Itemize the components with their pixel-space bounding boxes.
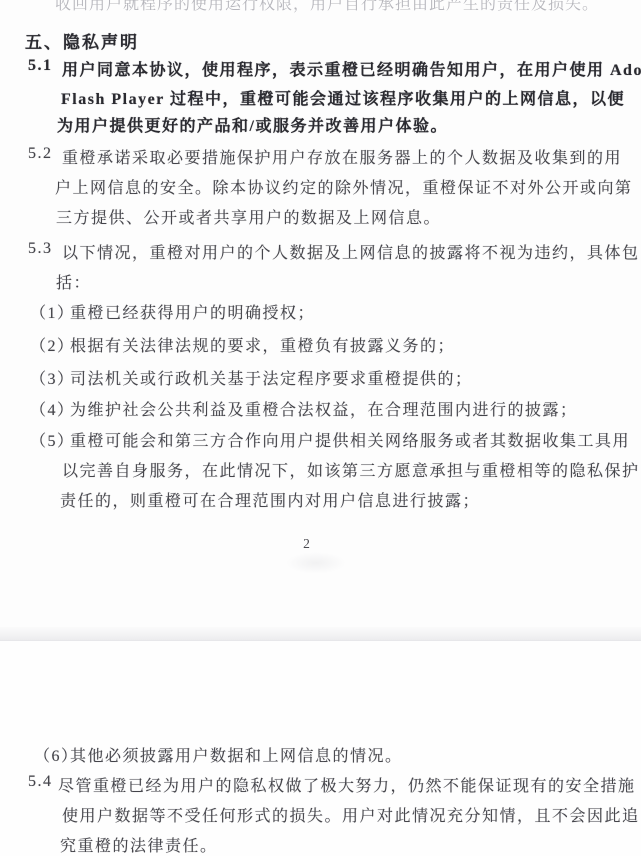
scanned-document-page: 收回用户就程序的使用运行权限，用户自行承担由此产生的责任及损失。 五、隐私声明 …	[0, 0, 641, 856]
line-text: 括：	[56, 270, 91, 293]
clause-number: 5.1	[28, 57, 53, 75]
line-text: 以下情况，重橙对用户的个人数据及上网信息的披露将不视为违约，具体包	[62, 240, 640, 263]
line-text: Flash Player 过程中，重橙可能会通过该程序收集用户的上网信息，以便	[61, 86, 625, 109]
scan-smudge	[286, 552, 346, 574]
line-text: 司法机关或行政机关基于法定程序要求重橙提供的；	[70, 366, 473, 389]
line-text: 责任的，则重橙可在合理范围内对用户信息进行披露；	[60, 488, 480, 511]
line-text: 户上网信息的安全。除本协议约定的除外情况，重橙保证不对外公开或向第	[55, 175, 633, 198]
line-text: 用户同意本协议，使用程序，表示重橙已经明确告知用户，在用户使用 Adobe	[62, 57, 641, 80]
line-text: 其他必须披露用户数据和上网信息的情况。	[70, 743, 403, 766]
line-text: 三方提供、公开或者共享用户的数据及上网信息。	[56, 205, 441, 228]
clause-number: 5.4	[28, 773, 53, 791]
item-number: （1）	[30, 300, 75, 323]
line-text: 根据有关法律法规的要求，重橙负有披露义务的；	[70, 333, 455, 356]
line-text: 使用户数据等不受任何形式的损失。用户对此情况充分知情，且不会因此追	[62, 803, 640, 826]
page-boundary	[0, 627, 641, 641]
page-number: 2	[0, 536, 627, 552]
item-number: （4）	[30, 397, 75, 420]
item-number: （3）	[30, 366, 75, 389]
line-text: 收回用户就程序的使用运行权限，用户自行承担由此产生的责任及损失。	[55, 0, 599, 14]
heading-text: 五、隐私声明	[25, 28, 139, 53]
line-text: 究重橙的法律责任。	[60, 833, 218, 856]
line-text: 以完善自身服务，在此情况下，如该第三方愿意承担与重橙相等的隐私保护	[62, 458, 640, 481]
line-text: 为维护社会公共利益及重橙合法权益，在合理范围内进行的披露；	[70, 397, 578, 420]
line-text: 重橙承诺采取必要措施保护用户存放在服务器上的个人数据及收集到的用	[62, 145, 622, 168]
line-text: 重橙可能会和第三方合作向用户提供相关网络服务或者其数据收集工具用	[70, 428, 630, 451]
line-text: 为用户提供更好的产品和/或服务并改善用户体验。	[57, 113, 448, 136]
item-number: （2）	[30, 333, 75, 356]
line-text: 尽管重橙已经为用户的隐私权做了极大努力，仍然不能保证现有的安全措施	[58, 773, 636, 796]
clause-number: 5.2	[28, 145, 53, 163]
clause-number: 5.3	[28, 240, 53, 258]
item-number: （5）	[30, 428, 75, 451]
line-text: 重橙已经获得用户的明确授权；	[70, 300, 315, 323]
